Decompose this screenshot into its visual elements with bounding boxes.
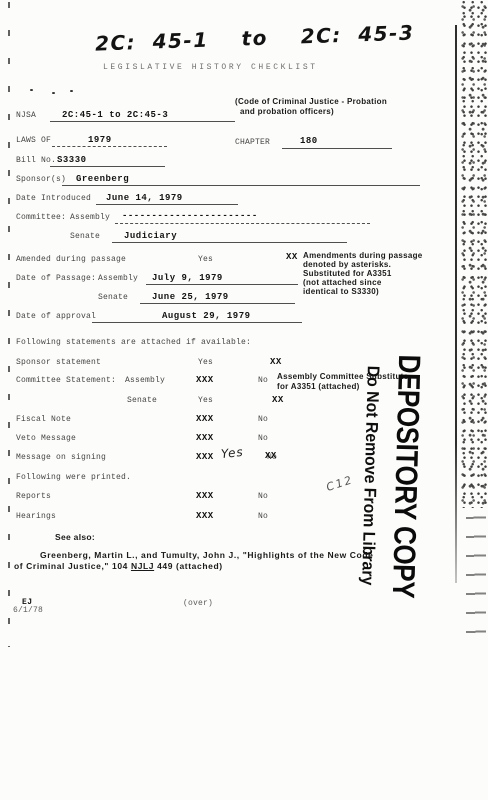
passage-assembly-label: Assembly [98, 275, 138, 284]
field-underline [112, 242, 347, 243]
bill-no-label: Bill No. [16, 157, 56, 166]
field-underline [50, 121, 235, 122]
passage-senate-value: June 25, 1979 [152, 293, 229, 303]
scan-right-edge-line [455, 25, 457, 583]
row-committee-assembly-no: No [258, 377, 268, 386]
row-committee-assembly-sublabel: Assembly [125, 377, 165, 386]
row-sponsor-statement-label: Sponsor statement [16, 359, 101, 368]
date-of-approval-value: August 29, 1979 [162, 312, 251, 322]
citation-line2-pre: of Criminal Justice," 104 [14, 561, 131, 571]
row-hearings-no: No [258, 513, 268, 522]
row-reports-label: Reports [16, 493, 51, 502]
row-message-on-signing-label: Message on signing [16, 454, 106, 463]
row-reports-no: No [258, 493, 268, 502]
field-underline [92, 322, 302, 323]
chapter-value: 180 [300, 137, 318, 147]
citation-line1: Greenberg, Martin L., and Tumulty, John … [40, 551, 373, 561]
row-sponsor-statement-yes: Yes [198, 359, 213, 368]
committee-senate-label: Senate [70, 233, 100, 242]
row-committee-senate-yes: Yes [198, 397, 213, 406]
row-message-on-signing-yes-crossed: XXX [196, 453, 214, 462]
see-also-heading: See also: [55, 533, 95, 543]
row-veto-message-label: Veto Message [16, 435, 76, 444]
sponsors-label: Sponsor(s) [16, 176, 66, 185]
passage-assembly-value: July 9, 1979 [152, 274, 223, 284]
field-underline [52, 146, 167, 147]
field-underline [115, 223, 370, 224]
page-title: LEGISLATIVE HISTORY CHECKLIST [103, 64, 318, 72]
row-fiscal-note-label: Fiscal Note [16, 416, 71, 425]
scanned-document-page: 2C: 45-1 to 2C: 45-3 LEGISLATIVE HISTORY… [0, 0, 488, 800]
laws-of-value: 1979 [88, 136, 112, 146]
row-committee-senate-no-crossed: XX [272, 396, 284, 405]
row-fiscal-note-no: No [258, 416, 268, 425]
subject-note-line1: (Code of Criminal Justice - Probation [235, 98, 387, 107]
field-underline [96, 204, 238, 205]
row-committee-senate-sublabel: Senate [127, 397, 157, 406]
laws-of-label: LAWS OF [16, 137, 51, 146]
scan-speck [30, 89, 33, 91]
citation-line2-post: 449 (attached) [154, 561, 223, 571]
amendment-note-line5: identical to S3330) [303, 288, 379, 297]
handwritten-statute-range: 2C: 45-1 to 2C: 45-3 [95, 22, 415, 53]
subject-note-line2: and probation officers) [240, 108, 334, 117]
row-fiscal-note-yes-crossed: XXX [196, 415, 214, 424]
field-underline [50, 166, 165, 167]
stamp-do-not-remove: Do Not Remove From Library [359, 365, 382, 585]
row-committee-statement-label: Committee Statement: [16, 377, 116, 386]
row-sponsor-statement-no-crossed: XX [270, 358, 282, 367]
checklist-heading: Following statements are attached if ava… [16, 339, 251, 348]
stamp-depository-copy: DEPOSITORY COPY [388, 354, 425, 598]
depository-stamp: DEPOSITORY COPY Do Not Remove From Libra… [341, 355, 443, 597]
row-veto-message-yes-crossed: XXX [196, 434, 214, 443]
over-label: (over) [183, 600, 213, 609]
row-veto-message-no: No [258, 435, 268, 444]
field-underline [140, 303, 295, 304]
scan-left-edge-dashes [8, 2, 10, 647]
njsa-value: 2C:45-1 to 2C:45-3 [62, 111, 168, 121]
njsa-label: NJSA [16, 112, 36, 121]
date-of-approval-label: Date of approval [16, 313, 96, 322]
date-introduced-label: Date Introduced [16, 195, 91, 204]
bill-no-value: S3330 [57, 156, 87, 166]
date-introduced-value: June 14, 1979 [106, 194, 183, 204]
row-hearings-yes-crossed: XXX [196, 512, 214, 521]
row-message-on-signing-no-crossed: XX [265, 452, 277, 461]
sponsors-value: Greenberg [76, 175, 129, 185]
row-hearings-label: Hearings [16, 513, 56, 522]
amended-no-crossed: XX [286, 253, 298, 262]
committee-label: Committee: [16, 214, 66, 223]
field-underline [146, 284, 298, 285]
scan-edge-dashes [466, 500, 486, 648]
chapter-label: CHAPTER [235, 139, 270, 148]
scan-speck [52, 92, 55, 94]
scan-noise-band [461, 0, 488, 508]
date-of-passage-label: Date of Passage: [16, 275, 96, 284]
following-printed-heading: Following were printed. [16, 474, 131, 483]
field-underline [62, 185, 420, 186]
amended-yes: Yes [198, 256, 213, 265]
field-underline [282, 148, 392, 149]
passage-senate-label: Senate [98, 294, 128, 303]
scan-speck [70, 90, 73, 92]
committee-assembly-value: ----------------------- [122, 212, 258, 222]
citation-line2: of Criminal Justice," 104 NJLJ 449 (atta… [14, 562, 223, 572]
committee-senate-value: Judiciary [124, 232, 177, 242]
footer-date-code: 6/1/78 [13, 607, 43, 616]
handwritten-yes: Yes [220, 446, 244, 460]
row-reports-yes-crossed: XXX [196, 492, 214, 501]
amended-label: Amended during passage [16, 256, 126, 265]
committee-assembly-label: Assembly [70, 214, 110, 223]
row-committee-assembly-yes-crossed: XXX [196, 376, 214, 385]
citation-njlj: NJLJ [131, 561, 154, 571]
